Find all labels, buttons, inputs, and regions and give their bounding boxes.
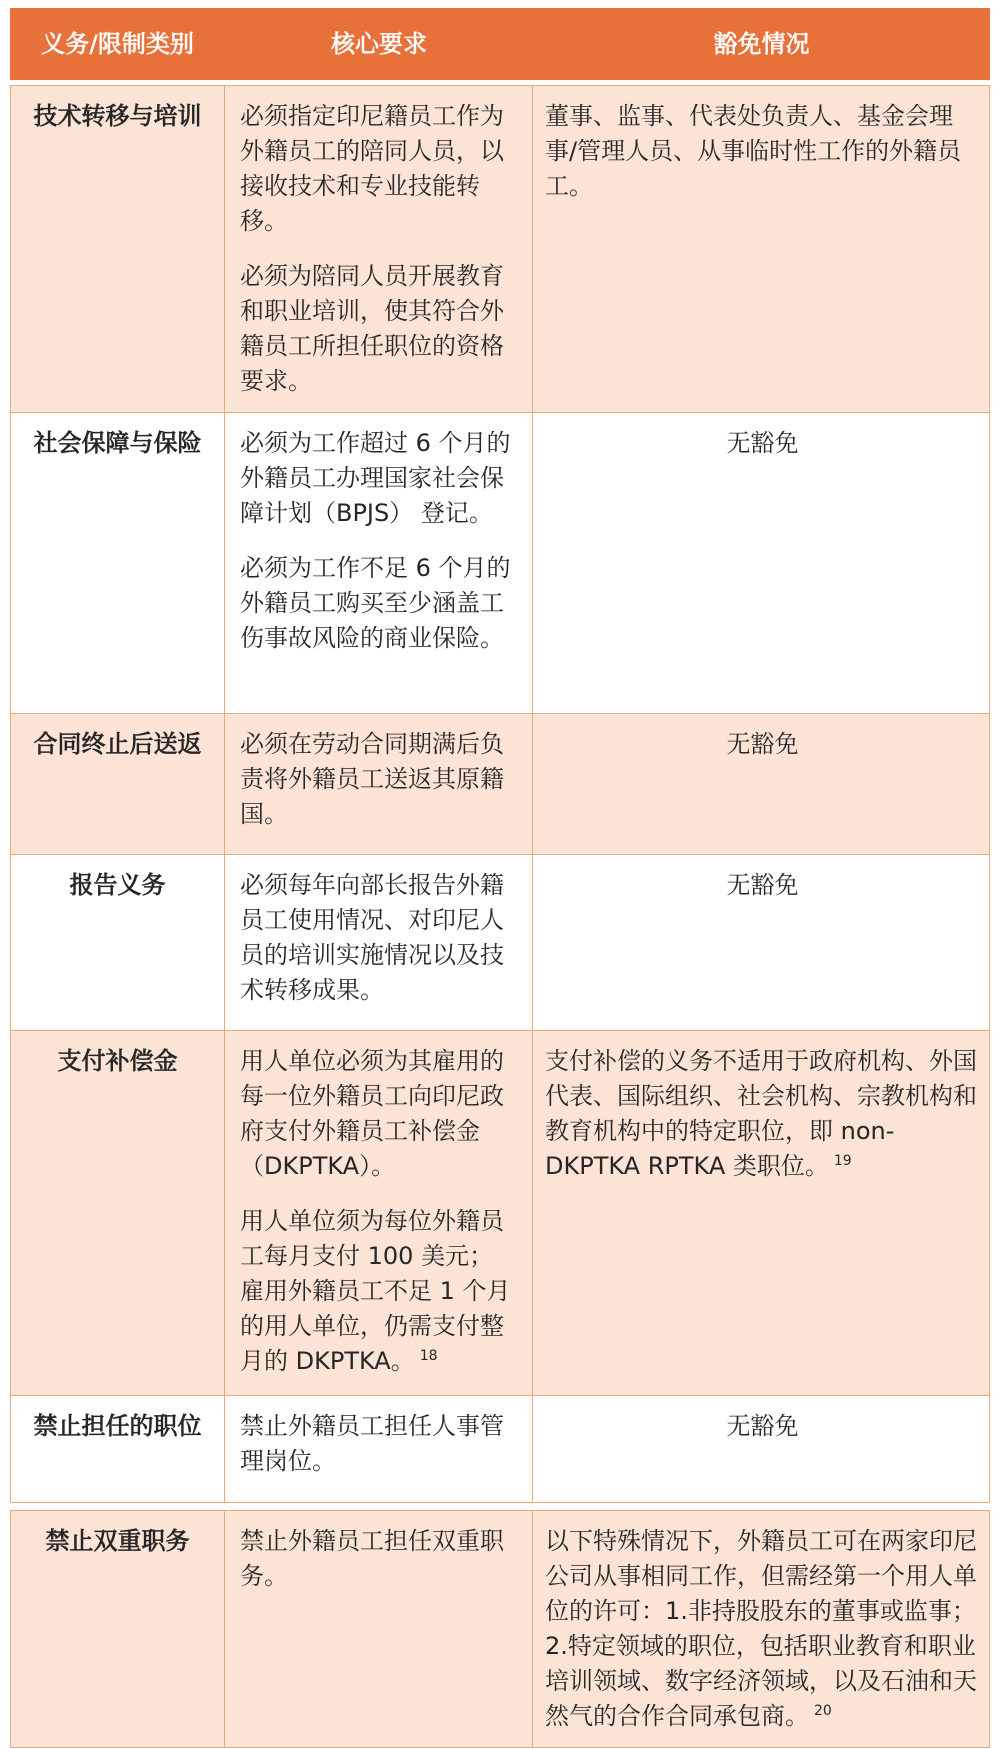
core-requirements-cell: 禁止外籍员工担任双重职务。 — [225, 1511, 533, 1747]
paragraph: 禁止外籍员工担任双重职务。 — [240, 1524, 516, 1594]
header-cell-category: 义务/限制类别 — [10, 27, 225, 62]
core-requirements-cell: 必须指定印尼籍员工作为外籍员工的陪同人员，以接收技术和专业技能转移。必须为陪同人… — [225, 86, 533, 412]
paragraph: 禁止外籍员工担任人事管理岗位。 — [240, 1409, 516, 1479]
exemption-cell: 董事、监事、代表处负责人、基金会理事/管理人员、从事临时性工作的外籍员工。 — [533, 86, 990, 412]
category-cell: 支付补偿金 — [10, 1031, 225, 1395]
paragraph: 无豁免 — [545, 727, 980, 762]
core-requirements-cell: 用人单位必须为其雇用的每一位外籍员工向印尼政府支付外籍员工补偿金（DKPTKA）… — [225, 1031, 533, 1395]
paragraph: 必须每年向部长报告外籍员工使用情况、对印尼人员的培训实施情况以及技术转移成果。 — [240, 868, 516, 1008]
table-row: 社会保障与保险必须为工作超过 6 个月的外籍员工办理国家社会保障计划（BPJS）… — [10, 413, 990, 714]
table-row: 支付补偿金用人单位必须为其雇用的每一位外籍员工向印尼政府支付外籍员工补偿金（DK… — [10, 1031, 990, 1396]
category-cell: 社会保障与保险 — [10, 413, 225, 713]
table-row: 报告义务必须每年向部长报告外籍员工使用情况、对印尼人员的培训实施情况以及技术转移… — [10, 855, 990, 1031]
header-cell-core-requirements: 核心要求 — [225, 27, 533, 62]
footnote-ref: 20 — [814, 1703, 832, 1719]
paragraph: 必须指定印尼籍员工作为外籍员工的陪同人员，以接收技术和专业技能转移。 — [240, 99, 516, 239]
table-row: 技术转移与培训必须指定印尼籍员工作为外籍员工的陪同人员，以接收技术和专业技能转移… — [10, 85, 990, 413]
core-requirements-cell: 必须每年向部长报告外籍员工使用情况、对印尼人员的培训实施情况以及技术转移成果。 — [225, 855, 533, 1030]
exemption-cell: 以下特殊情况下，外籍员工可在两家印尼公司从事相同工作，但需经第一个用人单位的许可… — [533, 1511, 990, 1747]
footnote-ref: 19 — [834, 1153, 852, 1169]
paragraph: 必须为工作不足 6 个月的外籍员工购买至少涵盖工伤事故风险的商业保险。 — [240, 551, 516, 656]
core-requirements-cell: 必须为工作超过 6 个月的外籍员工办理国家社会保障计划（BPJS） 登记。必须为… — [225, 413, 533, 713]
paragraph: 必须为工作超过 6 个月的外籍员工办理国家社会保障计划（BPJS） 登记。 — [240, 426, 516, 531]
paragraph: 必须为陪同人员开展教育和职业培训，使其符合外籍员工所担任职位的资格要求。 — [240, 259, 516, 399]
table-body: 技术转移与培训必须指定印尼籍员工作为外籍员工的陪同人员，以接收技术和专业技能转移… — [10, 85, 990, 1748]
header-cell-exemption: 豁免情况 — [533, 27, 990, 62]
table-row: 禁止担任的职位禁止外籍员工担任人事管理岗位。无豁免 — [10, 1396, 990, 1503]
paragraph: 董事、监事、代表处负责人、基金会理事/管理人员、从事临时性工作的外籍员工。 — [545, 99, 980, 204]
paragraph: 用人单位须为每位外籍员工每月支付 100 美元；雇用外籍员工不足 1 个月的用人… — [240, 1204, 516, 1379]
exemption-cell: 无豁免 — [533, 413, 990, 713]
paragraph: 用人单位必须为其雇用的每一位外籍员工向印尼政府支付外籍员工补偿金（DKPTKA）… — [240, 1044, 516, 1184]
category-cell: 禁止双重职务 — [10, 1511, 225, 1747]
category-cell: 技术转移与培训 — [10, 86, 225, 412]
exemption-cell: 无豁免 — [533, 714, 990, 854]
footnote-ref: 18 — [420, 1348, 438, 1364]
category-cell: 报告义务 — [10, 855, 225, 1030]
core-requirements-cell: 必须在劳动合同期满后负责将外籍员工送返其原籍国。 — [225, 714, 533, 854]
paragraph: 无豁免 — [545, 1409, 980, 1444]
paragraph: 以下特殊情况下，外籍员工可在两家印尼公司从事相同工作，但需经第一个用人单位的许可… — [545, 1524, 980, 1734]
paragraph: 支付补偿的义务不适用于政府机构、外国代表、国际组织、社会机构、宗教机构和教育机构… — [545, 1044, 980, 1184]
category-cell: 合同终止后送返 — [10, 714, 225, 854]
header-row: 义务/限制类别 核心要求 豁免情况 — [10, 8, 990, 80]
exemption-cell: 无豁免 — [533, 1396, 990, 1502]
table-row: 禁止双重职务禁止外籍员工担任双重职务。以下特殊情况下，外籍员工可在两家印尼公司从… — [10, 1510, 990, 1748]
exemption-cell: 支付补偿的义务不适用于政府机构、外国代表、国际组织、社会机构、宗教机构和教育机构… — [533, 1031, 990, 1395]
core-requirements-cell: 禁止外籍员工担任人事管理岗位。 — [225, 1396, 533, 1502]
paragraph: 必须在劳动合同期满后负责将外籍员工送返其原籍国。 — [240, 727, 516, 832]
table-row: 合同终止后送返必须在劳动合同期满后负责将外籍员工送返其原籍国。无豁免 — [10, 714, 990, 855]
paragraph: 无豁免 — [545, 868, 980, 903]
paragraph: 无豁免 — [545, 426, 980, 461]
regulation-table: 义务/限制类别 核心要求 豁免情况 技术转移与培训必须指定印尼籍员工作为外籍员工… — [10, 8, 990, 1748]
category-cell: 禁止担任的职位 — [10, 1396, 225, 1502]
exemption-cell: 无豁免 — [533, 855, 990, 1030]
